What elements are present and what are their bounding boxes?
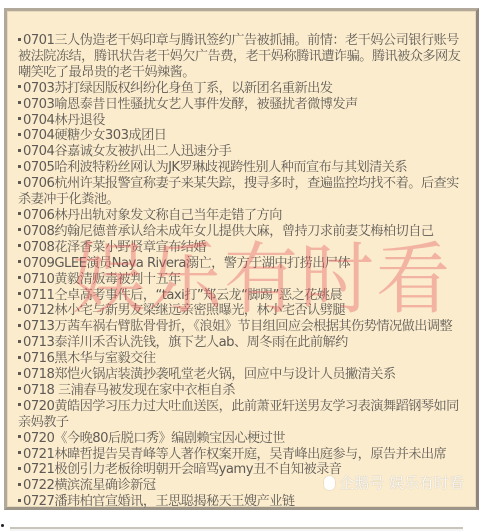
bullet-icon xyxy=(18,244,21,247)
list-item: 0721极创引力老板徐明朝开会暗骂yamy丑不自知被录音 xyxy=(18,462,470,478)
bullet-icon xyxy=(18,85,21,88)
list-item: 0712林小宅与新男友梁继远亲密照曝光，林小宅否认劈腿 xyxy=(18,303,470,319)
news-list: 0701三人伪造老干妈印章与腾讯签约广告被抓捕。前情：老干妈公司银行账号被法院冻… xyxy=(18,33,470,510)
bullet-icon xyxy=(18,499,21,502)
bullet-icon xyxy=(18,435,21,438)
list-item-text: 0704硬糖少女303成团日 xyxy=(23,128,166,143)
list-item: 0713万茜车祸右臂肱骨骨折，《浪姐》节目组回应会根据其伤势情况做出调整 xyxy=(18,319,470,335)
list-item-text: 0701三人伪造老干妈印章与腾讯签约广告被抓捕。前情：老干妈公司银行账号被法院冻… xyxy=(18,33,460,80)
list-item-text: 0718郑恺火锅店装潢抄袭吼堂老火锅，回应中与设计人员撇清关系 xyxy=(23,367,396,382)
list-item-text: 0706林丹出轨对象发文称自己当年走错了方向 xyxy=(23,208,282,223)
news-summary-card: 0701三人伪造老干妈印章与腾讯签约广告被抓捕。前情：老干妈公司银行账号被法院冻… xyxy=(4,8,479,510)
list-item: 0721林暐哲提告吴青峰等人著作权案开庭，吴青峰出庭参与，原告并未出席 xyxy=(18,447,470,463)
list-item: 0705哈利波特粉丝网认为JK罗琳歧视跨性别人种而宣布与其划清关系 xyxy=(18,160,470,176)
bullet-icon xyxy=(18,117,21,120)
bullet-icon xyxy=(18,403,21,406)
bullet-icon xyxy=(18,101,21,104)
list-item: 0703喻恩泰昔日性骚扰女艺人事件发酵，被骚扰者微博发声 xyxy=(18,97,470,113)
list-item-text: 0706杭州许某报警宣称妻子来某失踪，搜寻多时，查遍监控均找不着。后查实杀妻冲于… xyxy=(18,176,459,207)
bullet-icon xyxy=(18,181,21,184)
list-item-text: 0721极创引力老板徐明朝开会暗骂yamy丑不自知被录音 xyxy=(23,462,341,477)
bullet-icon xyxy=(18,260,21,263)
bullet-icon xyxy=(18,308,21,311)
list-item-text: 0703喻恩泰昔日性骚扰女艺人事件发酵，被骚扰者微博发声 xyxy=(23,97,358,112)
list-item-text: 0727潘玮柏官宣婚讯，王思聪揭秘天王嫂产业链 xyxy=(23,494,294,509)
list-item-text: 0722横滨流星确诊新冠 xyxy=(23,478,155,493)
list-item: 0709GLEE演员Naya Rivera溺亡，警方于湖中打捞出尸体 xyxy=(18,256,470,272)
list-item-text: 0711仝卓高考事件后，“taxi打”郑云龙“脚踢”恶之花姚晨 xyxy=(23,288,342,303)
list-item-text: 0712林小宅与新男友梁继远亲密照曝光，林小宅否认劈腿 xyxy=(23,303,345,318)
list-item-text: 0708花泽香菜小野贤章宣布结婚 xyxy=(23,240,206,255)
bullet-icon xyxy=(18,165,21,168)
bullet-icon xyxy=(18,324,21,327)
list-item: 0701三人伪造老干妈印章与腾讯签约广告被抓捕。前情：老干妈公司银行账号被法院冻… xyxy=(18,33,470,81)
list-item: 0704林丹退役 xyxy=(18,113,470,129)
list-item-text: 0720《今晚80后脱口秀》编剧赖宝因心梗过世 xyxy=(23,431,285,446)
list-item: 0704谷嘉诚女友被扒出二人迅速分手 xyxy=(18,144,470,160)
list-item-text: 0708约翰尼德普承认给未成年女儿提供大麻，曾持刀求前妻艾梅柏切自己 xyxy=(23,224,433,239)
bullet-icon xyxy=(18,149,21,152)
list-item: 0703苏打绿因版权纠纷化身鱼丁系，以新团名重新出发 xyxy=(18,81,470,97)
bullet-icon xyxy=(18,467,21,470)
bullet-icon xyxy=(18,212,21,215)
list-item: 0713泰洋川禾否认洗钱，旗下艺人ab、周冬雨在此前解约 xyxy=(18,335,470,351)
list-item-text: 0710黄毅清贩毒被判十五年 xyxy=(23,272,181,287)
bullet-icon xyxy=(18,451,21,454)
list-item-text: 0704林丹退役 xyxy=(23,113,105,128)
bullet-icon xyxy=(18,276,21,279)
list-item: 0708约翰尼德普承认给未成年女儿提供大麻，曾持刀求前妻艾梅柏切自己 xyxy=(18,224,470,240)
list-item-text: 0713万茜车祸右臂肱骨骨折，《浪姐》节目组回应会根据其伤势情况做出调整 xyxy=(23,319,452,334)
list-item: 0718郑恺火锅店装潢抄袭吼堂老火锅，回应中与设计人员撇清关系 xyxy=(18,367,470,383)
list-item-text: 0709GLEE演员Naya Rivera溺亡，警方于湖中打捞出尸体 xyxy=(23,256,350,271)
bullet-icon xyxy=(18,483,21,486)
list-item: 0710黄毅清贩毒被判十五年 xyxy=(18,272,470,288)
bullet-icon xyxy=(18,292,21,295)
list-item: 0727潘玮柏官宣婚讯，王思聪揭秘天王嫂产业链 xyxy=(18,494,470,510)
list-item: 0720《今晚80后脱口秀》编剧赖宝因心梗过世 xyxy=(18,431,470,447)
bullet-icon xyxy=(18,372,21,375)
list-item-text: 0705哈利波特粉丝网认为JK罗琳歧视跨性别人种而宣布与其划清关系 xyxy=(23,160,407,175)
bullet-icon xyxy=(18,228,21,231)
list-item-text: 0718 三浦春马被发现在家中衣柜自杀 xyxy=(23,383,235,398)
list-item-text: 0721林暐哲提告吴青峰等人著作权案开庭，吴青峰出庭参与，原告并未出席 xyxy=(23,447,446,462)
bullet-icon xyxy=(18,387,21,390)
list-item: 0716黑木华与室毅交往 xyxy=(18,351,470,367)
list-item-text: 0716黑木华与室毅交往 xyxy=(23,351,155,366)
list-item-text: 0713泰洋川禾否认洗钱，旗下艺人ab、周冬雨在此前解约 xyxy=(23,335,348,350)
list-item: 0704硬糖少女303成团日 xyxy=(18,128,470,144)
list-item: 0718 三浦春马被发现在家中衣柜自杀 xyxy=(18,383,470,399)
list-item: 0720黄皓因学习压力过大吐血送医，此前萧亚轩送男友学习表演舞蹈钢琴如同亲妈教子 xyxy=(18,399,470,431)
bullet-icon xyxy=(18,38,21,41)
list-item: 0711仝卓高考事件后，“taxi打”郑云龙“脚踢”恶之花姚晨 xyxy=(18,288,470,304)
list-item-text: 0704谷嘉诚女友被扒出二人迅速分手 xyxy=(23,144,231,159)
bullet-dot xyxy=(1,524,4,527)
list-item: 0706林丹出轨对象发文称自己当年走错了方向 xyxy=(18,208,470,224)
list-item: 0708花泽香菜小野贤章宣布结婚 xyxy=(18,240,470,256)
list-item: 0706杭州许某报警宣称妻子来某失踪，搜寻多时，查遍监控均找不着。后查实杀妻冲于… xyxy=(18,176,470,208)
bullet-icon xyxy=(18,340,21,343)
list-item: 0722横滨流星确诊新冠 xyxy=(18,478,470,494)
bullet-icon xyxy=(18,133,21,136)
list-item-text: 0703苏打绿因版权纠纷化身鱼丁系，以新团名重新出发 xyxy=(23,81,332,96)
bullet-icon xyxy=(18,356,21,359)
list-item-text: 0720黄皓因学习压力过大吐血送医，此前萧亚轩送男友学习表演舞蹈钢琴如同亲妈教子 xyxy=(18,399,459,430)
next-card-edge xyxy=(10,527,463,531)
